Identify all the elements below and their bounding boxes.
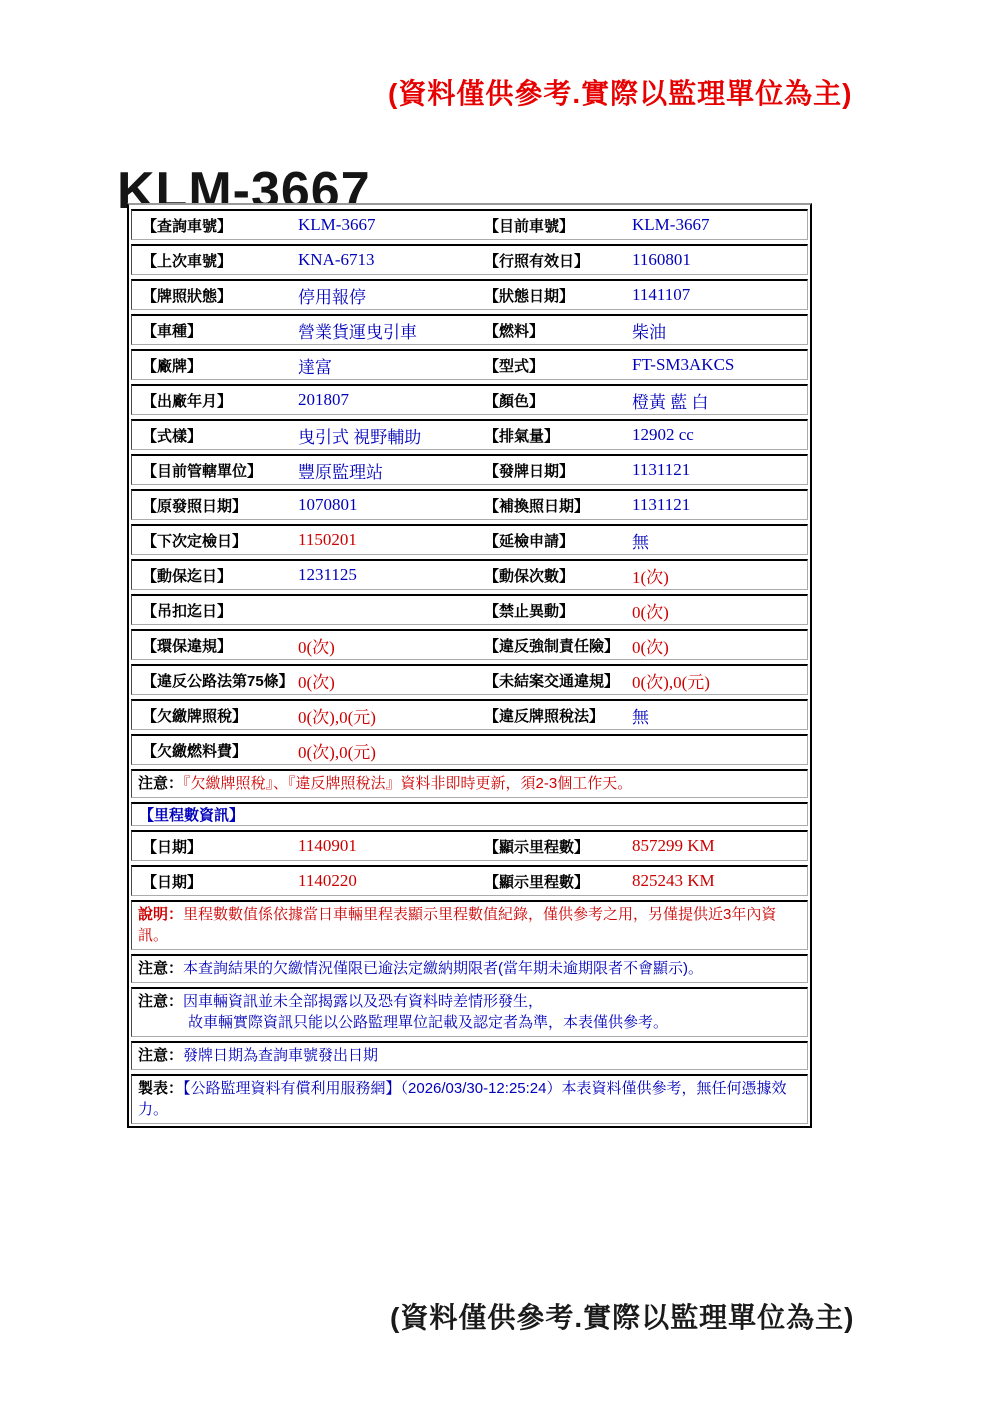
field-label: 【型式】	[474, 355, 632, 376]
field-label: 【原發照日期】	[132, 495, 298, 516]
table-row: 【吊扣迄日】【禁止異動】0(次)	[131, 594, 808, 625]
disclaimer-banner-bottom: (資料僅供參考.實際以監理單位為主)	[390, 1296, 854, 1336]
note-row: 注意：因車輛資訊並未全部揭露以及恐有資料時差情形發生，故車輛實際資訊只能以公路監…	[131, 987, 808, 1037]
note-text: 故車輛實際資訊只能以公路監理單位記載及認定者為準，本表僅供參考。	[138, 1012, 801, 1033]
field-label: 【上次車號】	[132, 250, 298, 271]
table-row: 【動保迄日】1231125【動保次數】1(次)	[131, 559, 808, 590]
disclaimer-banner-top: (資料僅供參考.實際以監理單位為主)	[388, 72, 852, 112]
field-value: 0(次),0(元)	[298, 738, 474, 763]
field-value: FT-SM3AKCS	[632, 355, 807, 375]
field-label: 【行照有效日】	[474, 250, 632, 271]
field-label: 【未結案交通違規】	[474, 670, 632, 691]
table-row: 【日期】1140220【顯示里程數】825243 KM	[131, 865, 808, 896]
field-value: 0(次)	[632, 633, 807, 658]
field-value: 1231125	[298, 565, 474, 585]
field-label: 【環保違規】	[132, 635, 298, 656]
field-label: 【目前車號】	[474, 215, 632, 236]
field-value: KLM-3667	[632, 215, 807, 235]
note-text: 【公路監理資料有償利用服務網】（2026/03/30-12:25:24）本表資料…	[138, 1080, 786, 1118]
table-row: 【式樣】曳引式 視野輔助【排氣量】12902 cc	[131, 419, 808, 450]
field-label: 【違反公路法第75條】	[132, 670, 298, 691]
field-label: 【欠繳牌照稅】	[132, 705, 298, 726]
field-value: 1140901	[298, 836, 474, 856]
field-label: 【違反強制責任險】	[474, 635, 632, 656]
field-label: 【燃料】	[474, 320, 632, 341]
field-value: 曳引式 視野輔助	[298, 423, 474, 448]
table-row: 【下次定檢日】1150201【延檢申請】無	[131, 524, 808, 555]
field-value: 0(次)	[632, 598, 807, 623]
note-row: 注意：發牌日期為查詢車號發出日期	[131, 1041, 808, 1070]
field-label: 【發牌日期】	[474, 460, 632, 481]
table-row: 【目前管轄單位】豐原監理站【發牌日期】1131121	[131, 454, 808, 485]
field-label: 【排氣量】	[474, 425, 632, 446]
section-header-row: 【里程數資訊】	[131, 802, 808, 826]
table-row: 【廠牌】達富【型式】FT-SM3AKCS	[131, 349, 808, 380]
note-row: 說明：里程數數值係依據當日車輛里程表顯示里程數值紀錄，僅供參考之用，另僅提供近3…	[131, 900, 808, 950]
field-value: KNA-6713	[298, 250, 474, 270]
table-row: 【牌照狀態】停用報停【狀態日期】1141107	[131, 279, 808, 310]
table-row: 【欠繳燃料費】0(次),0(元)	[131, 734, 808, 765]
table-row: 【車種】營業貨運曳引車【燃料】柴油	[131, 314, 808, 345]
field-value: 1140220	[298, 871, 474, 891]
note-prefix: 製表：	[138, 1080, 183, 1097]
field-value: 857299 KM	[632, 836, 807, 856]
field-value: 0(次),0(元)	[632, 668, 807, 693]
field-value: 停用報停	[298, 283, 474, 308]
table-row: 【上次車號】KNA-6713【行照有效日】1160801	[131, 244, 808, 275]
field-value: 豐原監理站	[298, 458, 474, 483]
field-label: 【延檢申請】	[474, 530, 632, 551]
field-label: 【違反牌照稅法】	[474, 705, 632, 726]
vehicle-report-table: 【查詢車號】KLM-3667【目前車號】KLM-3667【上次車號】KNA-67…	[127, 203, 812, 1128]
field-label: 【顯示里程數】	[474, 871, 632, 892]
field-value: 12902 cc	[632, 425, 807, 445]
field-label: 【顯示里程數】	[474, 836, 632, 857]
field-label: 【目前管轄單位】	[132, 460, 298, 481]
field-value: 營業貨運曳引車	[298, 318, 474, 343]
note-text: 本查詢結果的欠繳情況僅限已逾法定繳納期限者(當年期未逾期限者不會顯示)。	[183, 960, 703, 977]
field-value: 無	[632, 703, 807, 728]
field-label: 【動保迄日】	[132, 565, 298, 586]
note-prefix: 注意：	[138, 960, 183, 977]
note-row: 注意：本查詢結果的欠繳情況僅限已逾法定繳納期限者(當年期未逾期限者不會顯示)。	[131, 954, 808, 983]
note-text: 發牌日期為查詢車號發出日期	[183, 1047, 378, 1064]
field-label: 【補換照日期】	[474, 495, 632, 516]
field-label: 【查詢車號】	[132, 215, 298, 236]
table-row: 【日期】1140901【顯示里程數】857299 KM	[131, 830, 808, 861]
field-label: 【式樣】	[132, 425, 298, 446]
table-row: 【違反公路法第75條】0(次)【未結案交通違規】0(次),0(元)	[131, 664, 808, 695]
note-row: 製表：【公路監理資料有償利用服務網】（2026/03/30-12:25:24）本…	[131, 1074, 808, 1124]
field-value: 1131121	[632, 460, 807, 480]
table-row: 【出廠年月】201807【顏色】橙黃 藍 白	[131, 384, 808, 415]
field-label: 【廠牌】	[132, 355, 298, 376]
field-label: 【下次定檢日】	[132, 530, 298, 551]
note-text: 『欠繳牌照稅』、『違反牌照稅法』資料非即時更新，須2-3個工作天。	[183, 775, 632, 792]
table-row: 【欠繳牌照稅】0(次),0(元)【違反牌照稅法】無	[131, 699, 808, 730]
note-text: 里程數數值係依據當日車輛里程表顯示里程數值紀錄，僅供參考之用，另僅提供近3年內資…	[138, 906, 776, 944]
field-label: 【狀態日期】	[474, 285, 632, 306]
section-title: 【里程數資訊】	[132, 804, 244, 825]
field-label: 【顏色】	[474, 390, 632, 411]
field-label: 【車種】	[132, 320, 298, 341]
field-label: 【日期】	[132, 871, 298, 892]
note-prefix: 注意：	[138, 1047, 183, 1064]
table-row: 【原發照日期】1070801【補換照日期】1131121	[131, 489, 808, 520]
field-value: 825243 KM	[632, 871, 807, 891]
field-label: 【欠繳燃料費】	[132, 740, 298, 761]
field-label: 【日期】	[132, 836, 298, 857]
field-value: 1(次)	[632, 563, 807, 588]
field-value: 1070801	[298, 495, 474, 515]
field-value: 1160801	[632, 250, 807, 270]
field-value: 0(次),0(元)	[298, 703, 474, 728]
field-value: 201807	[298, 390, 474, 410]
field-value: KLM-3667	[298, 215, 474, 235]
field-value: 0(次)	[298, 633, 474, 658]
field-value: 達富	[298, 353, 474, 378]
note-text: 因車輛資訊並未全部揭露以及恐有資料時差情形發生，	[183, 993, 543, 1010]
field-label: 【出廠年月】	[132, 390, 298, 411]
note-row: 注意：『欠繳牌照稅』、『違反牌照稅法』資料非即時更新，須2-3個工作天。	[131, 769, 808, 798]
table-row: 【查詢車號】KLM-3667【目前車號】KLM-3667	[131, 209, 808, 240]
field-value: 無	[632, 528, 807, 553]
note-prefix: 注意：	[138, 775, 183, 792]
field-value: 柴油	[632, 318, 807, 343]
field-value: 0(次)	[298, 668, 474, 693]
note-prefix: 注意：	[138, 993, 183, 1010]
note-prefix: 說明：	[138, 906, 183, 923]
field-value: 1150201	[298, 530, 474, 550]
field-label: 【牌照狀態】	[132, 285, 298, 306]
field-value: 1131121	[632, 495, 807, 515]
field-label: 【動保次數】	[474, 565, 632, 586]
table-row: 【環保違規】0(次)【違反強制責任險】0(次)	[131, 629, 808, 660]
field-value: 橙黃 藍 白	[632, 388, 807, 413]
field-label: 【吊扣迄日】	[132, 600, 298, 621]
field-value: 1141107	[632, 285, 807, 305]
field-label: 【禁止異動】	[474, 600, 632, 621]
